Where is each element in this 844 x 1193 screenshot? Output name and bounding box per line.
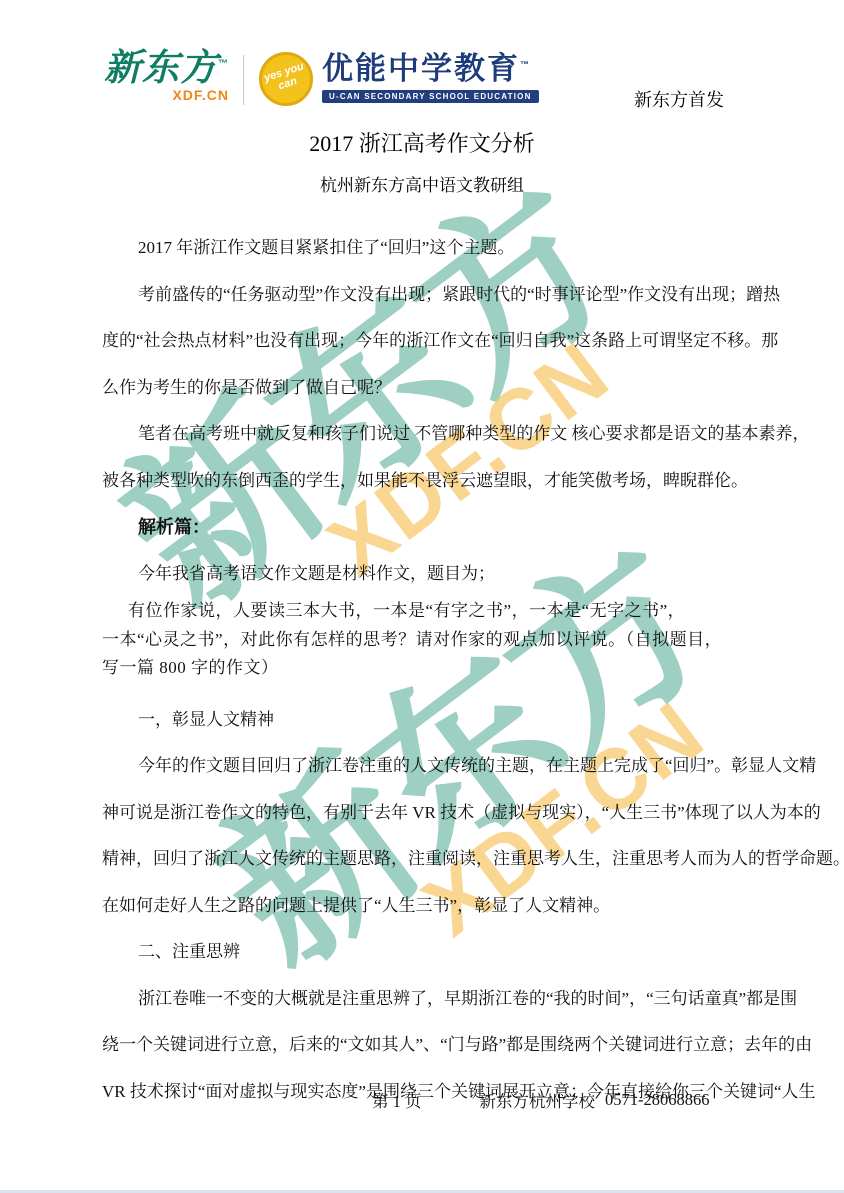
subheading-two: 二、注重思辨: [102, 929, 762, 976]
ucan-logo-title: 优能中学教育™: [322, 52, 539, 86]
ucan-logo: 优能中学教育™ U-CAN SECONDARY SCHOOL EDUCATION: [322, 52, 539, 104]
ucan-badge-icon: yes you can: [259, 52, 313, 106]
quote-line: 有位作家说，人要读三本大书，一本是“有字之书”，一本是“无字之书”，: [102, 597, 762, 626]
body-line: 笔者在高考班中就反复和孩子们说过 不管哪种类型的作文 核心要求都是语文的基本素养…: [102, 411, 762, 458]
document-page: 新东方 XDF.CN 新东方 XDF.CN 新东方™ XDF.CN yes yo…: [0, 0, 844, 1193]
release-tag: 新东方首发: [634, 86, 724, 112]
body-line: 在如何走好人生之路的问题上提供了“人生三书”，彰显了人文精神。: [102, 883, 762, 930]
body-line: 度的“社会热点材料”也没有出现；今年的浙江作文在“回归自我”这条路上可谓坚定不移…: [102, 318, 762, 365]
body-line: 么作为考生的你是否做到了做自己呢？: [102, 365, 762, 412]
body-line: 被各种类型吹的东倒西歪的学生，如果能不畏浮云遮望眼，才能笑傲考场，睥睨群伦。: [102, 458, 762, 505]
body-line: 精神，回归了浙江人文传统的主题思路，注重阅读，注重思考人生，注重思考人而为人的哲…: [102, 836, 762, 883]
body-line: 今年我省高考语文作文题是材料作文，题目为；: [102, 551, 762, 598]
trademark-symbol: ™: [520, 60, 531, 70]
body-line: 考前盛传的“任务驱动型”作文没有出现；紧跟时代的“时事评论型”作文没有出现；蹭热: [102, 272, 762, 319]
page-number: 第 1 页: [372, 1088, 422, 1112]
page-footer: 第 1 页 新东方杭州学校 0571-28068866: [372, 1088, 710, 1112]
phone-number: 0571-28068866: [605, 1090, 710, 1110]
ucan-badge-script: yes you can: [260, 61, 313, 98]
document-body: 2017 年浙江作文题目紧紧扣住了“回归”这个主题。 考前盛传的“任务驱动型”作…: [102, 225, 762, 1115]
page-subtitle: 杭州新东方高中语文教研组: [0, 171, 844, 196]
ucan-title-text: 优能中学教育: [322, 51, 520, 86]
section-heading-analysis: 解析篇：: [102, 504, 762, 551]
logo-divider: [243, 55, 244, 105]
body-line: 神可说是浙江卷作文的特色，有别于去年 VR 技术（虚拟与现实），“人生三书”体现…: [102, 790, 762, 837]
xdf-logo-domain: XDF.CN: [104, 87, 229, 103]
xdf-logo-wordmark: 新东方™: [104, 48, 229, 89]
school-name: 新东方杭州学校: [480, 1088, 596, 1112]
body-line: 今年的作文题目回归了浙江卷注重的人文传统的主题，在主题上完成了“回归”。彰显人文…: [102, 743, 762, 790]
ucan-banner: U-CAN SECONDARY SCHOOL EDUCATION: [322, 90, 539, 103]
quote-line: 一本“心灵之书”，对此你有怎样的思考？请对作家的观点加以评说。（自拟题目，: [102, 626, 762, 655]
trademark-symbol: ™: [218, 59, 229, 70]
body-line: 浙江卷唯一不变的大概就是注重思辨了，早期浙江卷的“我的时间”，“三句话童真”都是…: [102, 976, 762, 1023]
body-line: 绕一个关键词进行立意，后来的“文如其人”、“门与路”都是围绕两个关键词进行立意；…: [102, 1022, 762, 1069]
quote-line: 写一篇 800 字的作文）: [102, 654, 762, 683]
subheading-one: 一，彰显人文精神: [102, 697, 762, 744]
page-title: 2017 浙江高考作文分析: [0, 127, 844, 158]
xdf-logo: 新东方™ XDF.CN: [104, 48, 229, 103]
xdf-logo-name: 新东方: [104, 47, 218, 88]
body-line: 2017 年浙江作文题目紧紧扣住了“回归”这个主题。: [102, 225, 762, 272]
